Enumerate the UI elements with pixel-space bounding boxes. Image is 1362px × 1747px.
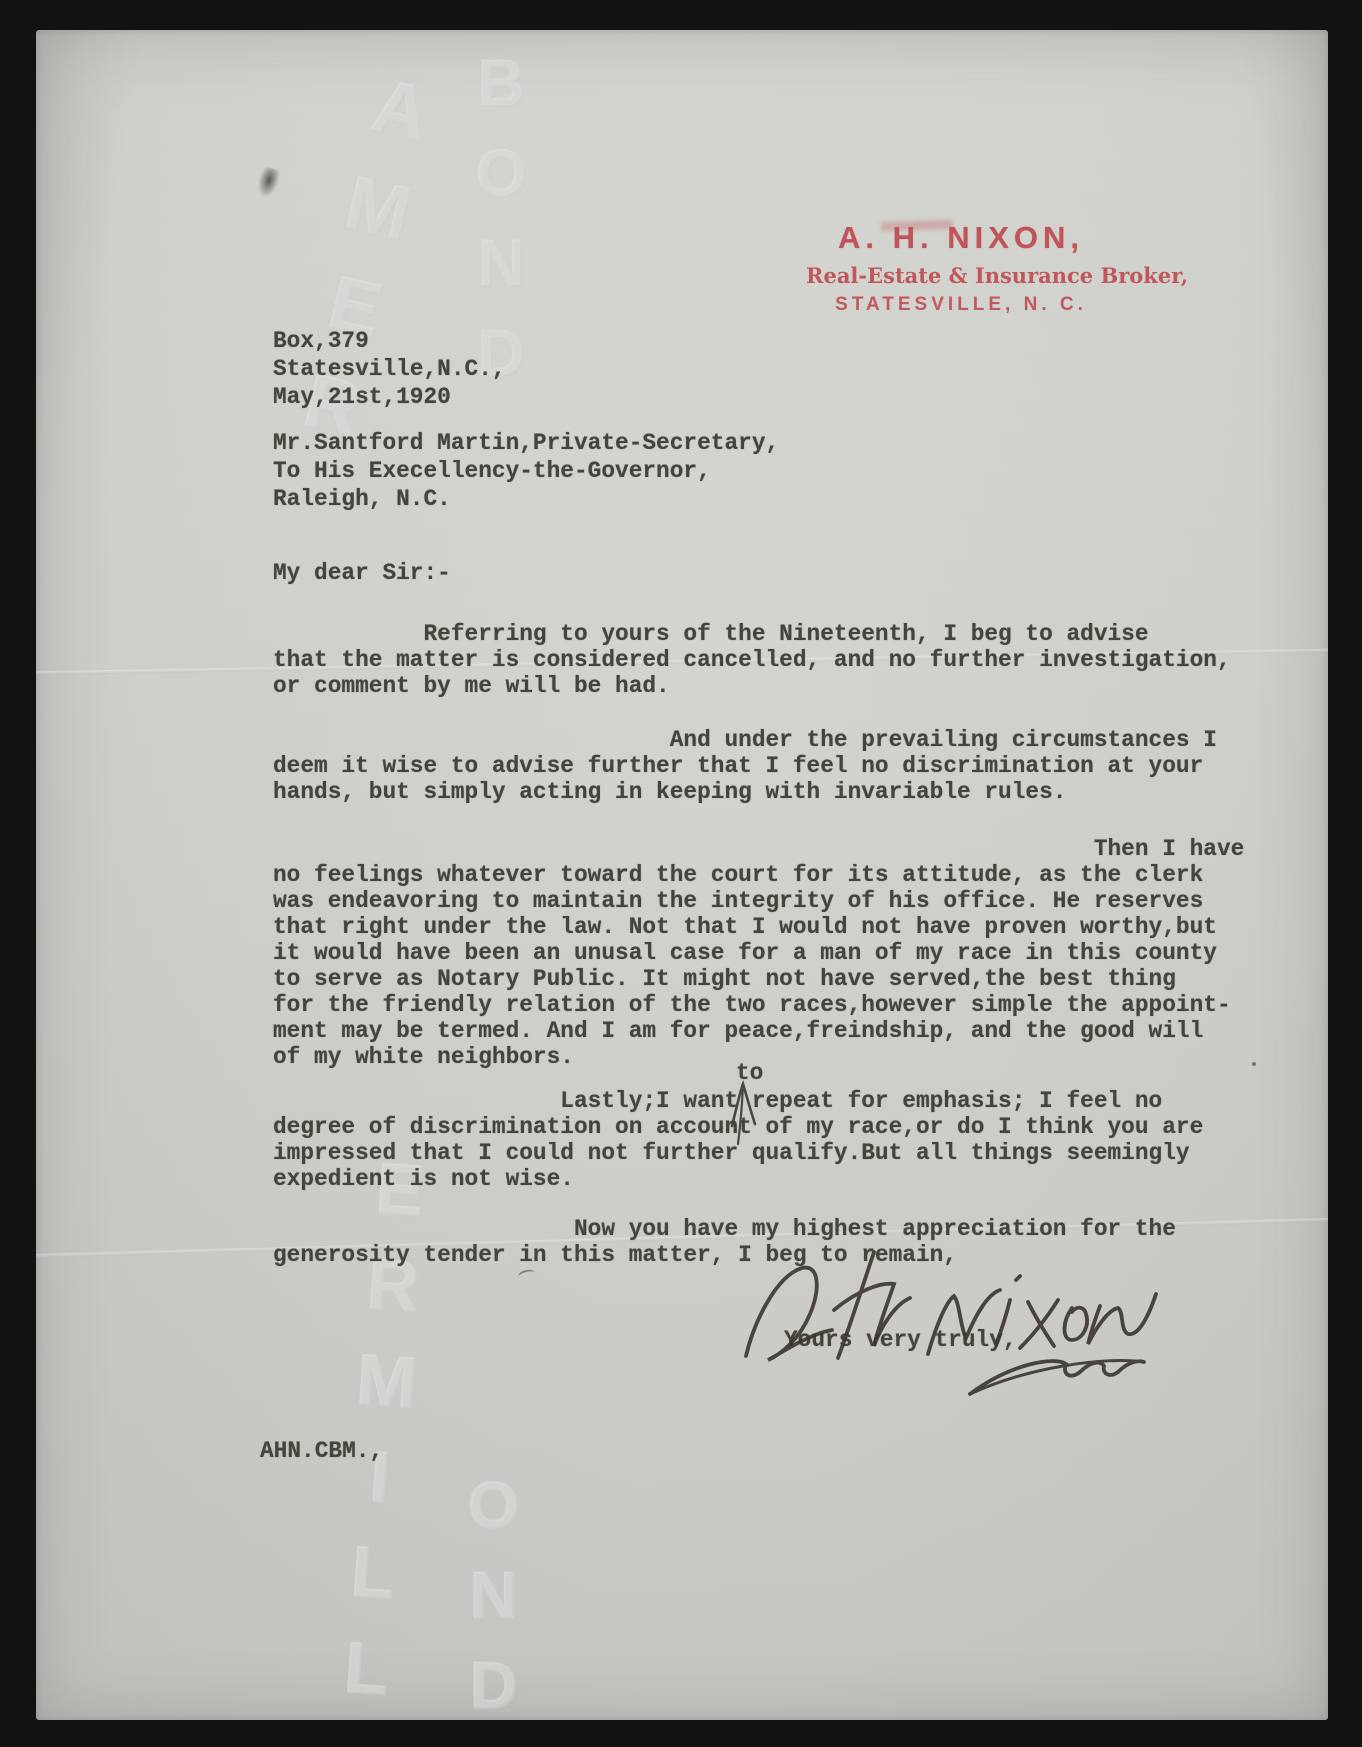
letter-page: AMER BOND ERMILL OND A. H. NIXON, Real-E… (36, 30, 1328, 1720)
pencil-mark (517, 1268, 536, 1282)
sender-address: Box,379 Statesville,N.C., May,21st,1920 (273, 327, 506, 411)
salutation: My dear Sir:- (273, 560, 451, 586)
scan-background: AMER BOND ERMILL OND A. H. NIXON, Real-E… (0, 0, 1362, 1747)
letterhead-city: STATESVILLE, N. C. (806, 294, 1116, 316)
letterhead-stamp: A. H. NIXON, Real-Estate & Insurance Bro… (806, 220, 1116, 316)
ink-dot (1252, 1062, 1256, 1066)
signature-autograph (724, 1238, 1160, 1398)
paragraph-4: Lastly;I want repeat for emphasis; I fee… (273, 1088, 1203, 1192)
typist-initials: AHN.CBM., (260, 1438, 383, 1464)
recipient-address: Mr.Santford Martin,Private-Secretary, To… (273, 429, 779, 513)
letterhead-name: A. H. NIXON, (806, 220, 1116, 256)
paragraph-2: And under the prevailing circumstances I… (273, 727, 1217, 805)
ink-smudge (254, 166, 282, 201)
paragraph-3: Then I have no feelings whatever toward … (273, 836, 1244, 1070)
letterhead-subtitle: Real-Estate & Insurance Broker, (806, 263, 1116, 288)
paragraph-1: Referring to yours of the Nineteenth, I … (273, 621, 1231, 699)
watermark-lower-column-2: OND (456, 1468, 532, 1720)
